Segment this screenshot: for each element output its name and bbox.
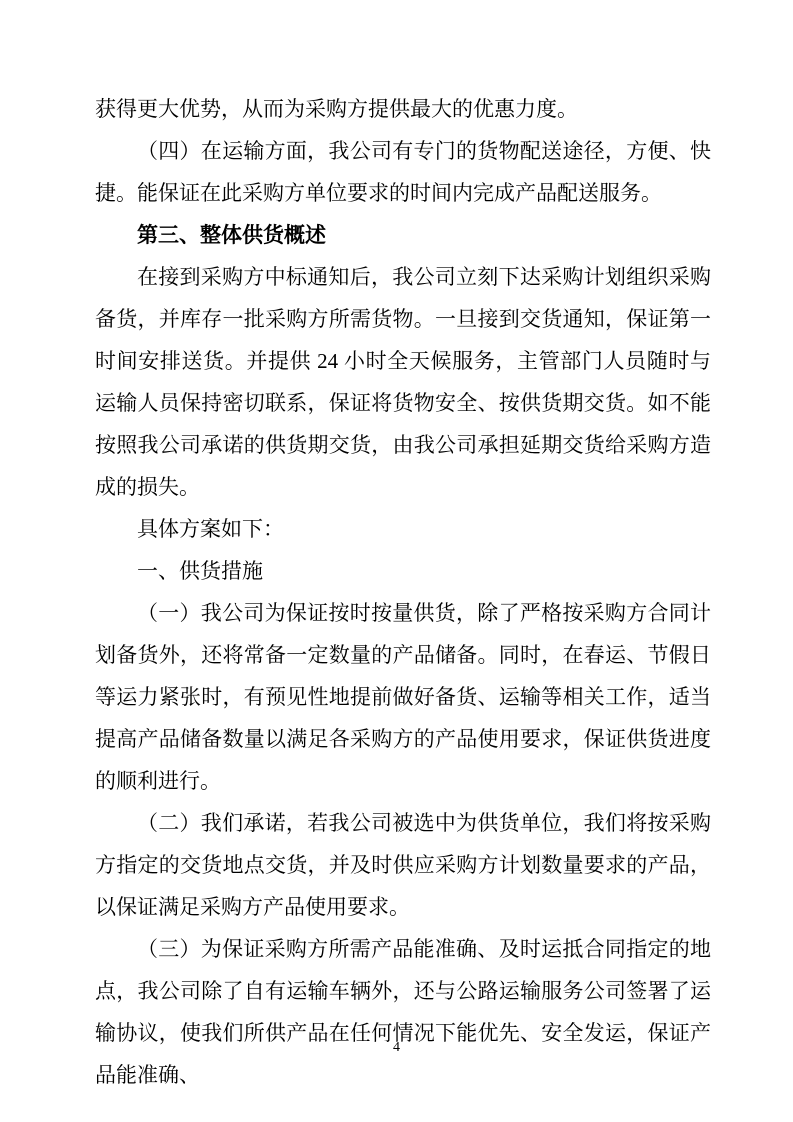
document-page: 获得更大优势，从而为采购方提供最大的优惠力度。 （四）在运输方面，我公司有专门的… — [0, 0, 793, 1122]
paragraph-measure-three: （三）为保证采购方所需产品能准确、及时运抵合同指定的地点，我公司除了自有运输车辆… — [95, 928, 711, 1096]
section-heading: 第三、整体供货概述 — [95, 214, 711, 256]
paragraph-measure-one: （一）我公司为保证按时按量供货，除了严格按采购方合同计划备货外，还将常备一定数量… — [95, 592, 711, 802]
paragraph-overview: 在接到采购方中标通知后，我公司立刻下达采购计划组织采购备货，并库存一批采购方所需… — [95, 256, 711, 508]
document-body: 获得更大优势，从而为采购方提供最大的优惠力度。 （四）在运输方面，我公司有专门的… — [95, 88, 711, 1096]
paragraph-plan-intro: 具体方案如下： — [95, 508, 711, 550]
page-number: 4 — [0, 1038, 793, 1058]
paragraph-measure-two: （二）我们承诺，若我公司被选中为供货单位，我们将按采购方指定的交货地点交货，并及… — [95, 802, 711, 928]
paragraph-continuation: 获得更大优势，从而为采购方提供最大的优惠力度。 — [95, 88, 711, 130]
paragraph-item-four: （四）在运输方面，我公司有专门的货物配送途径，方便、快捷。能保证在此采购方单位要… — [95, 130, 711, 214]
paragraph-subheading-measures: 一、供货措施 — [95, 550, 711, 592]
